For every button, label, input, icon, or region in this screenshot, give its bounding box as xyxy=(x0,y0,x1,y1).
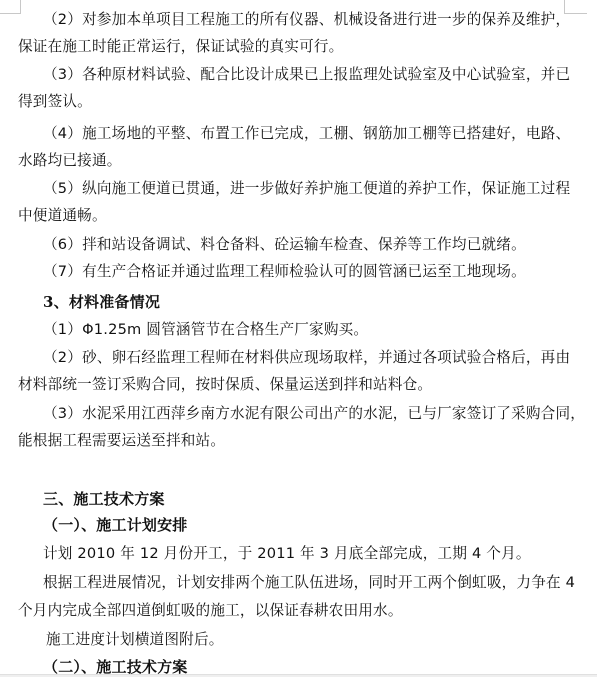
document-page: （2）对参加本单项目工程施工的所有仪器、机械设备进行进一步的保养及维护， 保证在… xyxy=(0,0,597,674)
margin-corner-mark-left xyxy=(0,0,21,14)
section-heading-materials: 3、材料准备情况 xyxy=(43,293,588,311)
paragraph-line: （7）有生产合格证并通过监理工程师检验认可的圆管涵已运至工地现场。 xyxy=(43,263,588,281)
paragraph-line: 能根据工程需要运送至拌和站。 xyxy=(18,432,563,450)
paragraph-line: （6）拌和站设备调试、料仓备料、砼运输车检查、保养等工作均已就绪。 xyxy=(43,236,588,254)
paragraph-line: 个月内完成全部四道倒虹吸的施工，以保证春耕农田用水。 xyxy=(18,602,563,620)
paragraph-line: 施工进度计划横道图附后。 xyxy=(46,631,591,649)
paragraph-line: 水路均已接通。 xyxy=(18,152,563,170)
paragraph-line: （2）对参加本单项目工程施工的所有仪器、机械设备进行进一步的保养及维护， xyxy=(43,11,588,29)
paragraph-line: 中便道通畅。 xyxy=(18,207,563,225)
paragraph-line: （5）纵向施工便道已贯通，进一步做好养护施工便道的养护工作，保证施工过程 xyxy=(43,180,588,198)
paragraph-line: 保证在施工时能正常运行，保证试验的真实可行。 xyxy=(18,38,563,56)
paragraph-line: 得到签认。 xyxy=(18,93,563,111)
paragraph-line: （2）砂、卵石经监理工程师在材料供应现场取样，并通过各项试验合格后，再由 xyxy=(43,349,588,367)
paragraph-line: （1）Φ1.25m 圆管涵管节在合格生产厂家购买。 xyxy=(43,321,588,339)
paragraph-line: 材料部统一签订采购合同，按时保质、保量运送到拌和站料仓。 xyxy=(18,376,563,394)
paragraph-line: （3）各种原材料试验、配合比设计成果已上报监理处试验室及中心试验室，并已 xyxy=(43,66,588,84)
paragraph-line: 根据工程进展情况，计划安排两个施工队伍进场，同时开工两个倒虹吸，力争在 4 xyxy=(43,574,588,592)
paragraph-line: （3）水泥采用江西萍乡南方水泥有限公司出产的水泥，已与厂家签订了采购合同， xyxy=(43,405,588,423)
chapter-heading: 三、施工技术方案 xyxy=(43,490,588,508)
paragraph-line: （4）施工场地的平整、布置工作已完成，工棚、钢筋加工棚等已搭建好，电路、 xyxy=(43,125,588,143)
subsection-heading-plan: （一）、施工计划安排 xyxy=(43,516,588,534)
paragraph-line: 计划 2010 年 12 月份开工，于 2011 年 3 月底全部完成，工期 4… xyxy=(43,545,588,563)
